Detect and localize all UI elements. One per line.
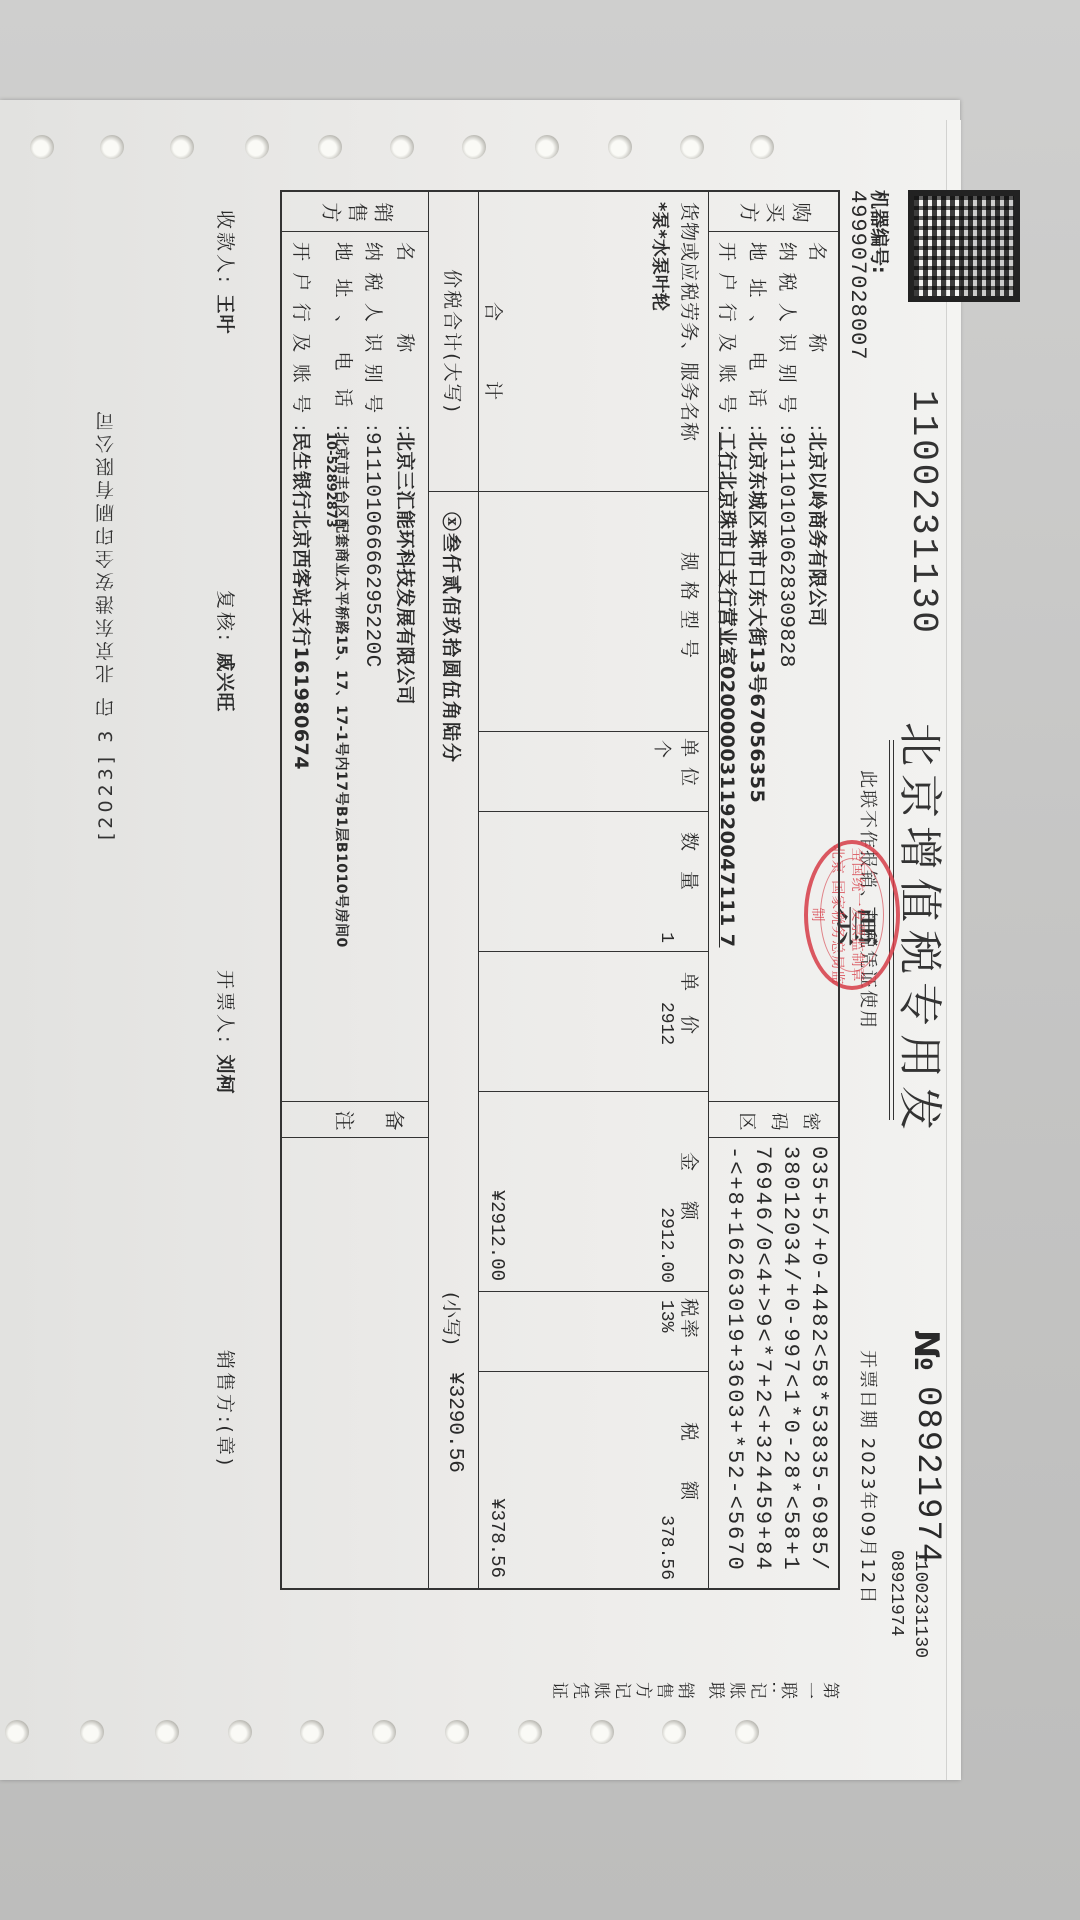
header-amount: 金额 — [677, 1152, 704, 1250]
item-unit: 个 — [650, 740, 676, 758]
seller-bank-field: 开户行及账号:民生银行北京西客站支行161980674 — [289, 242, 316, 770]
issue-date-label: 开票日期 — [857, 1350, 878, 1430]
remarks-area — [282, 1138, 428, 1588]
qty-col: 数量 1 — [479, 812, 708, 952]
number-sign: № — [906, 1330, 946, 1371]
buyer-address-field: 地址、电话:北京东城区珠市口东大街13号67056355 — [745, 242, 772, 803]
buyer-row: 购买方 名称:北京以岭商务有限公司 纳税人识别号:911101010628309… — [708, 192, 838, 1588]
seller-taxid-field: 纳税人识别号:91110106666295220C — [360, 242, 388, 668]
password-line-4: -<+8+16263019+3603+*52-<5670 — [720, 1146, 748, 1572]
feed-hole — [372, 1720, 396, 1744]
buyer-name-label: 名称: — [805, 242, 832, 432]
header-qty: 数量 — [677, 832, 704, 910]
feed-hole — [155, 1720, 179, 1744]
buyer-name-field: 名称:北京以岭商务有限公司 — [805, 242, 832, 627]
seller-name-field: 名称:北京三汇能环科技发展有限公司 — [393, 242, 420, 705]
price-col: 单价 2912 — [479, 952, 708, 1092]
buyer-address-label: 地址、电话: — [745, 242, 772, 432]
item-name-col: 货物或应税劳务、服务名称 *泵*水泵叶轮 合计 — [479, 192, 708, 492]
issue-date-value: 2023年09月12日 — [857, 1438, 878, 1606]
subtotal-amount: ¥2912.00 — [486, 1190, 508, 1281]
total-uppercase: ⓧ叁仟贰佰玖拾圆伍角陆分 — [439, 512, 466, 764]
seller-address-field: 地址、电话:北京市丰台区配套商业太平桥路15、17、17-1号内17号B1层B1… — [331, 242, 358, 948]
seller-section-label: 销售方 — [282, 192, 428, 232]
total-small-label: (小写) — [439, 1292, 466, 1345]
item-rate: 13% — [656, 1300, 676, 1332]
feed-hole — [445, 1720, 469, 1744]
buyer-name: 北京以岭商务有限公司 — [806, 432, 828, 627]
feed-hole — [228, 1720, 252, 1744]
password-line-1: 035+5/+0-4482<58*53835-6985/ — [804, 1146, 832, 1572]
drawer-label: 开票人: — [214, 970, 236, 1045]
subtotal-tax: ¥378.56 — [486, 1498, 508, 1578]
reviewer-label: 复核: — [214, 590, 236, 643]
buyer-section-label: 购买方 — [709, 192, 838, 232]
drawer: 开票人: 刘柯 — [213, 970, 240, 1094]
feed-hole — [100, 135, 124, 159]
total-values: ⓧ叁仟贰佰玖拾圆伍角陆分 (小写) ¥3290.56 — [429, 492, 478, 1588]
feed-hole — [80, 1720, 104, 1744]
invoice-code: 1100231130 — [903, 390, 944, 636]
subtotal-label: 合计 — [481, 302, 508, 460]
amount-col: 金额 2912.00 ¥2912.00 — [479, 1092, 708, 1292]
buyer-info: 名称:北京以岭商务有限公司 纳税人识别号:911101010628309828 … — [709, 232, 838, 1102]
seller-info: 名称:北京三汇能环科技发展有限公司 纳税人识别号:911101066662952… — [282, 232, 428, 1102]
seller-address-label: 地址、电话: — [331, 242, 358, 432]
rate-col: 税率 13% — [479, 1292, 708, 1372]
header-tax: 税额 — [677, 1422, 704, 1540]
buyer-taxid-label: 纳税人识别号: — [775, 242, 802, 432]
password-line-2: 38012034/+0-997<1*0-28*<58+1 — [776, 1146, 804, 1572]
qr-code — [908, 190, 1020, 302]
seller-row: 销售方 名称:北京三汇能环科技发展有限公司 纳税人识别号:91110106666… — [282, 192, 428, 1588]
remarks-label: 备注 — [282, 1102, 428, 1138]
item-amount: 2912.00 — [656, 1207, 676, 1283]
item-qty: 1 — [656, 932, 676, 943]
issue-date: 开票日期 2023年09月12日 — [856, 1350, 882, 1605]
seller-stamp: 销售方:(章) — [213, 1350, 240, 1468]
password-line-3: 76946/0<4+>9<*7+2<+324459+84 — [748, 1146, 776, 1572]
feed-hole — [590, 1720, 614, 1744]
header-item-name: 货物或应税劳务、服务名称 — [677, 202, 704, 442]
copy-label: 第一联:记账联 销售方记账凭证 — [280, 1620, 840, 1700]
feed-hole — [735, 1720, 759, 1744]
feed-hole — [5, 1720, 29, 1744]
total-small-amount: ¥3290.56 — [443, 1372, 466, 1473]
feed-holes-bottom — [0, 1720, 960, 1760]
item-price: 2912 — [656, 1002, 676, 1045]
buyer-bank-field: 开户行及账号:工行北京珠市口支行营业室0200000311920047111 7 — [715, 242, 742, 948]
drawer-name: 刘柯 — [214, 1054, 236, 1094]
invoice-code-right-value: 1100231130 — [908, 1550, 932, 1658]
feed-hole — [30, 135, 54, 159]
payee: 收款人: 王叶 — [213, 210, 240, 334]
seller-bank-label: 开户行及账号: — [289, 242, 316, 432]
invoice-table: 购买方 名称:北京以岭商务有限公司 纳税人识别号:911101010628309… — [280, 190, 840, 1590]
reviewer: 复核: 戚兴旺 — [213, 590, 240, 712]
invoice-code-right: 1100231130 08921974 — [884, 1550, 932, 1658]
item-name: *泵*水泵叶轮 — [648, 202, 674, 311]
password-area: 035+5/+0-4482<58*53835-6985/ 38012034/+0… — [709, 1138, 838, 1588]
seller-bank: 民生银行北京西客站支行161980674 — [290, 432, 312, 770]
total-row: 价税合计(大写) ⓧ叁仟贰佰玖拾圆伍角陆分 (小写) ¥3290.56 — [428, 192, 478, 1588]
buyer-taxid: 911101010628309828 — [774, 432, 797, 668]
vat-invoice: 1100231130 北京增值税专用发票 此联不作报销、扣税凭证使用 全国统一发… — [180, 150, 960, 1710]
feed-hole — [300, 1720, 324, 1744]
buyer-address: 北京东城区珠市口东大街13号67056355 — [746, 432, 768, 803]
seller-taxid-label: 纳税人识别号: — [361, 242, 388, 432]
seller-name: 北京三汇能环科技发展有限公司 — [394, 432, 416, 705]
buyer-bank-label: 开户行及账号: — [715, 242, 742, 432]
feed-hole — [662, 1720, 686, 1744]
header-unit: 单位 — [677, 738, 704, 796]
total-label: 价税合计(大写) — [429, 192, 478, 492]
feed-hole — [518, 1720, 542, 1744]
invoice-number-right-value: 08921974 — [884, 1550, 908, 1658]
header-price: 单价 — [677, 972, 704, 1058]
item-tax: 378.56 — [656, 1515, 676, 1580]
payee-label: 收款人: — [214, 210, 236, 285]
invoice-number: 08921974 — [908, 1386, 946, 1565]
reviewer-name: 戚兴旺 — [214, 652, 236, 712]
buyer-bank: 工行北京珠市口支行营业室0200000311920047111 7 — [716, 432, 738, 948]
seller-phone: 10-52892873 — [323, 432, 338, 528]
items-area: 货物或应税劳务、服务名称 *泵*水泵叶轮 合计 规格型号 单位 个 数量 1 单… — [478, 192, 708, 1588]
spec-col: 规格型号 — [479, 492, 708, 732]
header-rate: 税率 — [677, 1298, 704, 1340]
header-spec: 规格型号 — [677, 552, 704, 668]
printer-margin-text: [2023] 3 印 北京东港安全印刷有限公司 — [92, 180, 132, 840]
buyer-taxid-field: 纳税人识别号:911101010628309828 — [774, 242, 802, 668]
payee-name: 王叶 — [214, 294, 236, 334]
machine-label: 机器编号: — [867, 190, 894, 274]
machine-number: 499907028007 — [845, 190, 870, 360]
seller-name-label: 名称: — [393, 242, 420, 432]
unit-col: 单位 个 — [479, 732, 708, 812]
tax-col: 税额 378.56 ¥378.56 — [479, 1372, 708, 1588]
seller-taxid: 91110106666295220C — [360, 432, 383, 668]
password-area-label: 密码区 — [709, 1102, 838, 1138]
